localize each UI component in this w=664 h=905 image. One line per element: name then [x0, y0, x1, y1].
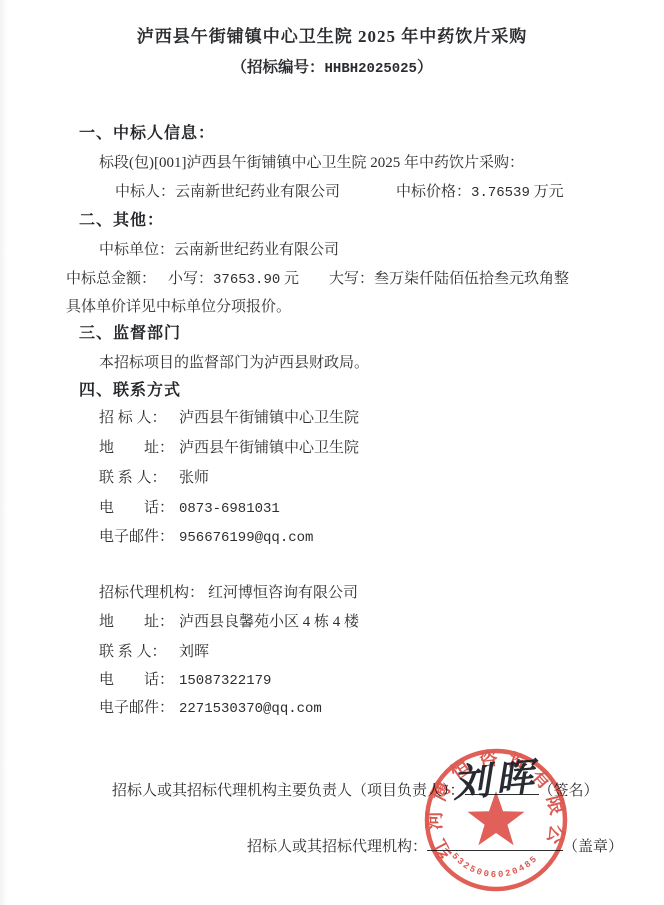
- contact-value: 泸西县午街铺镇中心卫生院: [179, 410, 359, 426]
- svg-text:5325006020485: 5325006020485: [449, 851, 539, 880]
- contact-row-phone: 电 话：0873-6981031: [99, 497, 280, 520]
- supervision-body: 本招标项目的监督部门为泸西县财政局。: [99, 352, 369, 374]
- document-page: 泸西县午街铺镇中心卫生院 2025 年中药饮片采购 （招标编号：HHBH2025…: [0, 0, 664, 905]
- section-2-heading: 二、其他：: [79, 210, 164, 232]
- contact-row-email: 电子邮件：956676199@qq.com: [99, 526, 313, 549]
- amount-big-value: 叁万柒仟陆佰伍拾叁元玖角整: [374, 271, 569, 287]
- award-unit-label: 中标单位：: [99, 242, 174, 258]
- award-unit-value: 云南新世纪药业有限公司: [174, 242, 339, 258]
- amount-small-value: 37653.90: [213, 272, 280, 288]
- tender-code-line: （招标编号：HHBH2025025）: [0, 57, 664, 80]
- contact-value: 2271530370@qq.com: [179, 701, 322, 717]
- price-value: 3.76539: [471, 185, 530, 201]
- contact-value: 0873-6981031: [179, 501, 280, 517]
- lot-line: 标段(包)[001]泸西县午街铺镇中心卫生院 2025 年中药饮片采购：: [99, 152, 524, 174]
- contact-value: 15087322179: [179, 673, 271, 689]
- contact-label: 地 址：: [99, 437, 175, 459]
- contact-label: 招标代理机构：: [99, 585, 204, 601]
- contact-label: 电 话：: [99, 497, 175, 519]
- total-amount-line: 中标总金额：小写：37653.90 元大写：叁万柒仟陆佰伍拾叁元玖角整: [66, 268, 569, 291]
- org-label: 招标人或其招标代理机构：: [247, 839, 427, 855]
- agency-row-person: 联 系 人：刘晖: [99, 641, 209, 663]
- tender-code-suffix: ）: [417, 59, 433, 76]
- contact-value: 泸西县午街铺镇中心卫生院: [179, 440, 359, 456]
- contact-label: 电子邮件：: [99, 697, 175, 719]
- section-4-heading: 四、联系方式: [79, 380, 181, 402]
- contact-value: 956676199@qq.com: [179, 530, 313, 546]
- contact-label: 电 话：: [99, 669, 175, 691]
- winner-price-line: 中标人：云南新世纪药业有限公司中标价格：3.76539 万元: [115, 181, 564, 204]
- contact-label: 联 系 人：: [99, 641, 175, 663]
- tender-code-prefix: （招标编号：: [232, 59, 325, 76]
- contact-label: 招 标 人：: [99, 407, 175, 429]
- contact-value: 红河博恒咨询有限公司: [208, 585, 358, 601]
- contact-row-person: 联 系 人：张师: [99, 467, 209, 489]
- agency-row-email: 电子邮件：2271530370@qq.com: [99, 697, 322, 720]
- amount-small-unit: 元: [284, 271, 299, 287]
- contact-row-address: 地 址：泸西县午街铺镇中心卫生院: [99, 437, 359, 459]
- contact-row-tenderer: 招 标 人：泸西县午街铺镇中心卫生院: [99, 407, 359, 429]
- section-1-heading: 一、中标人信息：: [79, 123, 215, 145]
- winner-value: 云南新世纪药业有限公司: [175, 184, 340, 200]
- agency-row-address: 地 址：泸西县良馨苑小区 4 栋 4 楼: [99, 611, 359, 633]
- contact-label: 电子邮件：: [99, 526, 175, 548]
- seal-note: （盖章）: [563, 839, 623, 855]
- contact-value: 张师: [179, 470, 209, 486]
- winner-label: 中标人：: [115, 184, 175, 200]
- contact-label: 联 系 人：: [99, 467, 175, 489]
- seal-code-text: 5325006020485: [449, 851, 539, 880]
- contact-label: 地 址：: [99, 611, 175, 633]
- amount-big-label: 大写：: [329, 271, 374, 287]
- amount-small-label: 小写：: [168, 271, 213, 287]
- agency-row-name: 招标代理机构：红河博恒咨询有限公司: [99, 582, 358, 604]
- handwritten-signature: 刘晖: [450, 743, 564, 807]
- tender-code: HHBH2025025: [325, 61, 417, 77]
- agency-row-phone: 电 话：15087322179: [99, 669, 271, 692]
- total-amount-label: 中标总金额：: [66, 271, 156, 287]
- page-title: 泸西县午街铺镇中心卫生院 2025 年中药饮片采购: [0, 26, 664, 48]
- award-unit-line: 中标单位：云南新世纪药业有限公司: [99, 239, 339, 261]
- contact-value: 泸西县良馨苑小区 4 栋 4 楼: [179, 614, 359, 630]
- contact-value: 刘晖: [179, 644, 209, 660]
- principal-label: 招标人或其招标代理机构主要负责人（项目负责人）：: [112, 783, 465, 799]
- section-3-heading: 三、监督部门: [79, 323, 181, 345]
- price-label: 中标价格：: [396, 184, 471, 200]
- price-unit: 万元: [534, 184, 564, 200]
- unit-price-note: 具体单价详见中标单位分项报价。: [66, 296, 291, 318]
